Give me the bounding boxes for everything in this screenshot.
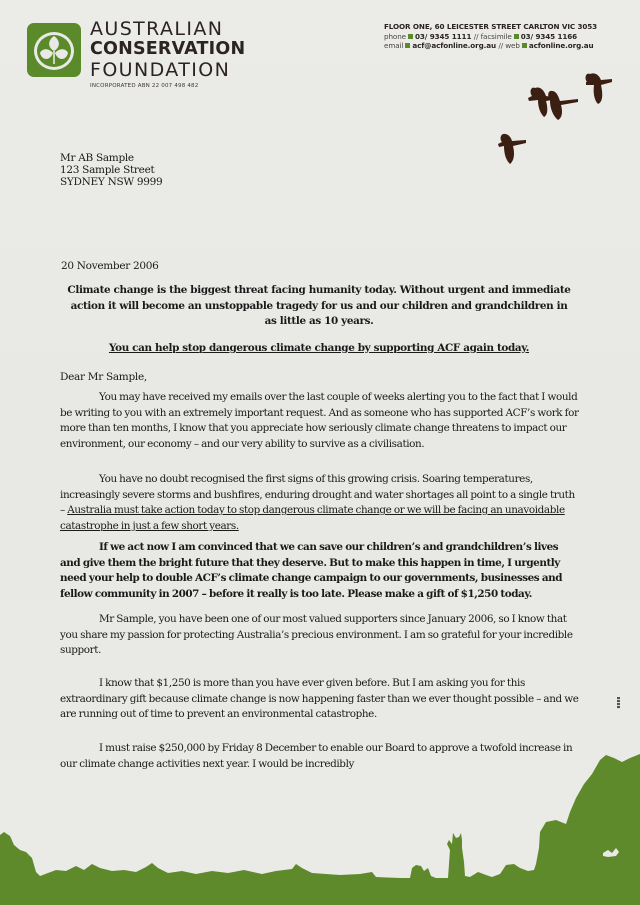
flying-birds-icon [490,60,640,170]
paragraph-2: You have no doubt recognised the first s… [60,472,580,534]
org-name-line3: FOUNDATION [90,61,245,80]
recipient-name: Mr AB Sample [60,152,162,164]
lead-headline: Climate change is the biggest threat fac… [64,283,574,330]
kangaroo-landscape-icon [0,740,640,905]
recipient-street: 123 Sample Street [60,164,162,176]
recipient-address: Mr AB Sample 123 Sample Street SYDNEY NS… [60,152,162,188]
acf-logo-icon [27,23,81,77]
page-marker [617,697,620,709]
phone-number: 03/ 9345 1111 [415,32,471,41]
org-abn: INCORPORATED ABN 22 007 498 482 [90,84,245,90]
phone-fax-line: phone03/ 9345 1111 // facsimile03/ 9345 … [384,32,620,42]
email-address: acf@acfonline.org.au [412,41,496,50]
org-name: AUSTRALIAN CONSERVATION FOUNDATION INCOR… [90,20,245,89]
underlined-emphasis: Australia must take action today to stop… [60,504,565,532]
paragraph-4: Mr Sample, you have been one of our most… [60,612,580,659]
paragraph-1: You may have received my emails over the… [60,390,580,452]
paragraph-5: I know that $1,250 is more than you have… [60,676,580,723]
letter-page: AUSTRALIAN CONSERVATION FOUNDATION INCOR… [0,0,640,905]
org-name-line2: CONSERVATION [90,41,245,59]
bullet-square-icon [522,43,527,48]
website: acfonline.org.au [529,41,594,50]
fax-number: 03/ 9345 1166 [521,32,577,41]
org-address: FLOOR ONE, 60 LEICESTER STREET CARLTON V… [384,22,620,32]
contact-block: FLOOR ONE, 60 LEICESTER STREET CARLTON V… [384,22,620,51]
paragraph-3: If we act now I am convinced that we can… [60,540,580,602]
bullet-square-icon [408,34,413,39]
bullet-square-icon [405,43,410,48]
bullet-square-icon [514,34,519,39]
lead-cta: You can help stop dangerous climate chan… [64,342,574,354]
email-web-line: emailacf@acfonline.org.au // webacfonlin… [384,41,620,51]
org-name-line1: AUSTRALIAN [90,20,245,39]
letter-date: 20 November 2006 [61,260,159,272]
salutation: Dear Mr Sample, [60,371,147,383]
recipient-city: SYDNEY NSW 9999 [60,176,162,188]
